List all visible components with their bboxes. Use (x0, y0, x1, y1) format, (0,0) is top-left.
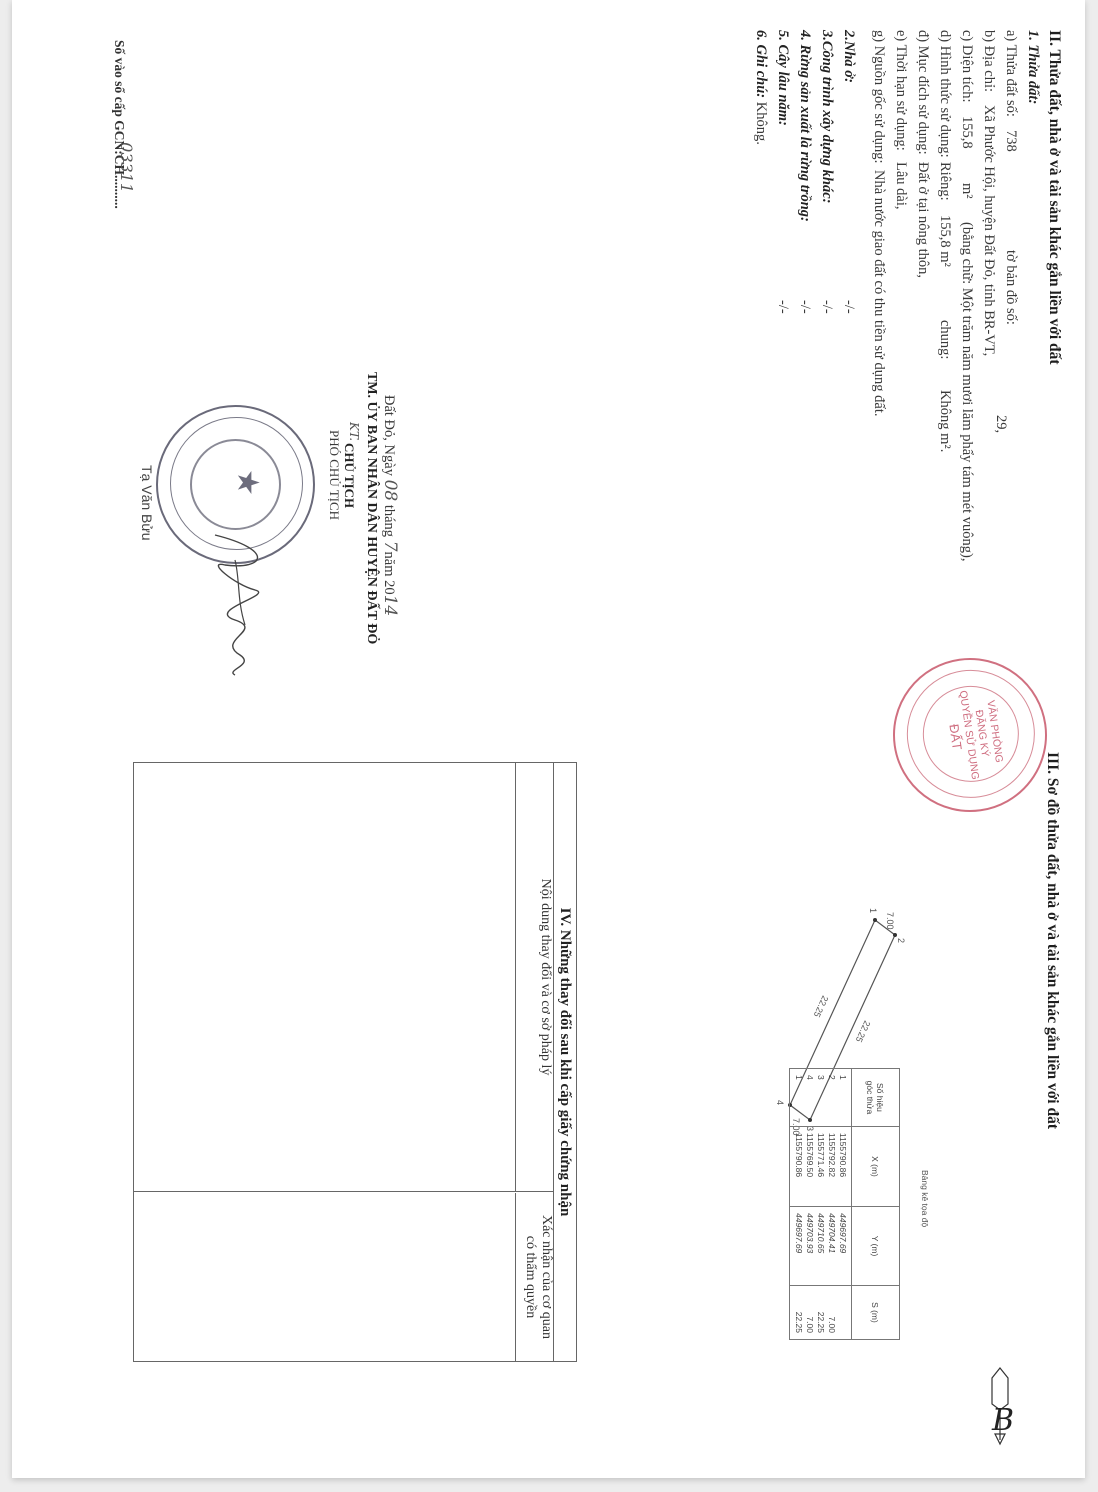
house-label: 2.Nhà ở: (840, 30, 857, 83)
parcel-edge-23: 22.25 (854, 1019, 873, 1044)
coord-cell: 1155790.86 (793, 1133, 804, 1200)
origin-label: g) Nguồn gốc sử dụng: (870, 30, 887, 164)
coord-cell: 22.25 (815, 1292, 826, 1333)
coord-col-header: Số hiệu góc thửa (852, 1069, 900, 1127)
coord-cell: 1 (837, 1075, 848, 1120)
parcel-number-value: 738 (1002, 130, 1019, 152)
note-label: 6. Ghi chú: (753, 30, 769, 98)
perennial-trees-label: 5. Cây lâu năm: (774, 30, 791, 126)
sign-place-date: Đất Đỏ, Ngày (381, 395, 397, 476)
land-certificate-page: II. Thửa đất, nhà ở và tài sản khác gắn … (12, 0, 1085, 1478)
area-unit: m² (958, 183, 975, 199)
purpose-label: đ) Mục đích sử dụng: (914, 30, 931, 155)
area-in-words: (bằng chữ: Một trăm năm mươi lăm phẩy tá… (958, 222, 975, 562)
coord-cell (837, 1292, 848, 1333)
coord-col-header: Y (m) (852, 1207, 900, 1286)
parcel-point-2: 2 (896, 938, 906, 943)
coord-column: 1155790.861155792.821155771.461155769.50… (790, 1126, 852, 1206)
coord-cell: 1 (793, 1075, 804, 1120)
term-label: e) Thời hạn sử dụng: (892, 30, 909, 151)
changes-table: IV. Những thay đổi sau khi cấp giấy chứn… (133, 762, 577, 1362)
star-icon: ★ (230, 469, 265, 496)
address-value: Xã Phước Hội, huyện Đất Đỏ, tỉnh BR-VT, (980, 105, 997, 356)
forest-value: -/- (796, 300, 813, 314)
perennial-trees-value: -/- (774, 300, 791, 314)
changes-confirmation-column: Xác nhận của cơ quan có thẩm quyền (134, 1193, 554, 1361)
changes-content-header: Nội dung thay đổi và cơ sở pháp lý (515, 763, 554, 1191)
usage-form-label: d) Hình thức sử dụng: (936, 30, 953, 158)
coord-cell: 22.25 (793, 1292, 804, 1333)
coord-cell: 2 (826, 1075, 837, 1120)
coord-cell: 449703.93 (804, 1213, 815, 1279)
note-value: Không. (753, 102, 769, 145)
coord-column: 12341 (790, 1069, 852, 1127)
coord-cell: 1155769.50 (804, 1133, 815, 1200)
usage-private-value: 155,8 m² (936, 215, 953, 267)
coord-cell: 1155771.46 (815, 1133, 826, 1200)
purpose-value: Đất ở tại nông thôn, (914, 162, 931, 278)
registry-line: Số vào sổ cấp GCN:CH.......... 03311 (111, 40, 130, 263)
coord-cell: 449704.41 (826, 1213, 837, 1279)
area-label: c) Diện tích: (958, 30, 975, 102)
changes-content-column: Nội dung thay đổi và cơ sở pháp lý (134, 763, 554, 1192)
changes-confirmation-header: Xác nhận của cơ quan có thẩm quyền (515, 1193, 554, 1361)
section-iv-title: IV. Những thay đổi sau khi cấp giấy chứn… (553, 763, 576, 1361)
sign-year: 14 (380, 595, 400, 617)
coord-table-body: 12341 1155790.861155792.821155771.461155… (790, 1069, 852, 1340)
coord-cell: 449710.65 (815, 1213, 826, 1279)
sign-month-label: tháng (381, 505, 397, 537)
section-iii-title: III. Sơ đồ thửa đất, nhà ở và tài sản kh… (1043, 752, 1061, 1129)
coord-column: 7.0022.257.0022.25 (790, 1285, 852, 1339)
registry-number: 03311 (117, 142, 136, 193)
map-sheet-label: tờ bản đồ số: (1002, 250, 1019, 325)
coord-cell: 7.00 (804, 1292, 815, 1333)
construction-value: -/- (818, 300, 835, 314)
coord-cell: 3 (815, 1075, 826, 1120)
usage-common-value: Không m². (936, 390, 953, 452)
coord-table-title: Bảng kê tọa độ (920, 1170, 930, 1227)
sign-day: 08 (380, 480, 400, 502)
parcel-edge-12: 7.00 (885, 912, 895, 930)
coord-column: 449697.69449704.41449710.65449703.934496… (790, 1207, 852, 1286)
svg-text:B: B (991, 1403, 1014, 1438)
confirm-header-line2: có thẩm quyền (522, 1193, 538, 1361)
coordinate-table: Số hiệu góc thửa X (m) Y (m) S (m) 12341… (789, 1068, 900, 1340)
coord-cell: 449697.69 (793, 1213, 804, 1279)
sign-year-label: năm 20 (381, 552, 397, 595)
coord-cell: 1155792.82 (826, 1133, 837, 1200)
house-value: -/- (840, 300, 857, 314)
confirm-header-line1: Xác nhận của cơ quan (538, 1193, 554, 1361)
parcel-number-label: a) Thửa đất số: (1002, 30, 1019, 117)
term-value: Lâu dài, (892, 162, 909, 210)
chair-title: CHỦ TỊCH (341, 443, 357, 508)
map-sheet-value: 29, (992, 415, 1009, 433)
parcel-edge-41: 22.25 (812, 994, 831, 1019)
handwritten-signature (195, 530, 295, 680)
coord-col-header: S (m) (852, 1285, 900, 1339)
vice-chair-title: PHÓ CHỦ TỊCH (326, 430, 342, 520)
issuing-org: TM. ỦY BAN NHÂN DÂN HUYỆN ĐẤT ĐỎ (363, 372, 379, 644)
signer-name: Tạ Văn Bửu (139, 465, 155, 541)
sign-month: 7 (380, 541, 400, 552)
coord-col-header: X (m) (852, 1126, 900, 1206)
coord-cell: 1155790.86 (837, 1133, 848, 1200)
usage-common-label: chung: (936, 320, 953, 359)
parcel-point-4: 4 (775, 1100, 785, 1105)
parcel-point-1: 1 (868, 908, 878, 913)
parcel-subtitle: 1. Thửa đất: (1024, 30, 1041, 104)
coord-cell: 4 (804, 1075, 815, 1120)
note-row: 6. Ghi chú: Không. (752, 30, 769, 145)
area-value: 155,8 (958, 116, 975, 149)
registration-office-stamp: VĂN PHÒNG ĐĂNG KÝ QUYỀN SỬ DỤNG ĐẤT (883, 648, 1057, 822)
address-label: b) Địa chỉ: (980, 30, 997, 92)
forest-label: 4. Rừng sản xuất là rừng trồng: (796, 30, 813, 222)
sign-date-line: Đất Đỏ, Ngày 08 tháng 7năm 2014 (380, 395, 400, 616)
north-arrow-icon: B (970, 1360, 1030, 1450)
usage-private-label: Riêng: (936, 162, 953, 201)
section-ii-title: II. Thửa đất, nhà ở và tài sản khác gắn … (1045, 30, 1063, 365)
origin-value: Nhà nước giao đất có thu tiền sử dụng đấ… (870, 170, 887, 416)
construction-label: 3.Công trình xây dựng khác: (818, 30, 835, 203)
coord-cell: 449697.69 (837, 1213, 848, 1279)
kt-mark: KT. (347, 422, 361, 441)
coord-cell: 7.00 (826, 1292, 837, 1333)
